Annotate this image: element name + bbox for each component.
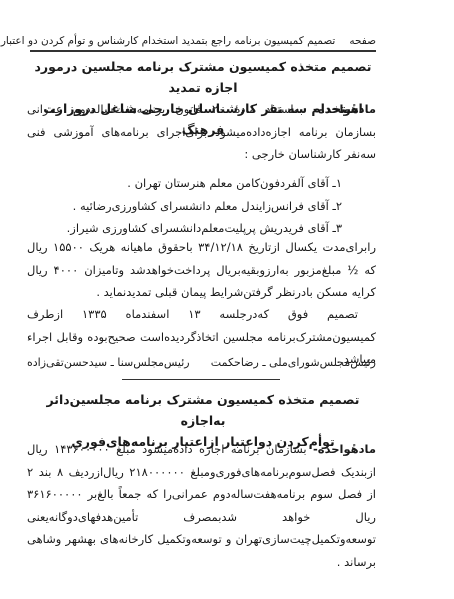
section2-heading-line1: تصمیم متخذه کمیسیون مشترک برنامه مجلسین‌… — [30, 389, 376, 431]
section2-article: مادهٔواحده- بسازمان برنامه اجازه داده‌می… — [27, 438, 376, 573]
article-text: بسازمان برنامه اجازه داده‌میشود مبلغ ۱۴۳… — [27, 442, 376, 569]
running-title: تصمیم کمیسیون برنامه راجع بتمدید استخدام… — [1, 34, 336, 48]
list-item: ۲ـ آقای فرانس‌زایندل معلم دانشسرای کشاور… — [60, 195, 360, 218]
section1-article: مادهٔواحده- به‌استناد مادهٔ ۲۰ قانون برن… — [27, 98, 376, 166]
section1-continuation: رابرای‌مدت یکسال ازتاریخ ۳۴/۱۲/۱۸ باحقوق… — [27, 236, 376, 304]
section1-heading-line1: تصمیم متخذه کمیسیون مشترک برنامه مجلسین … — [30, 56, 376, 98]
signature-majlis: رئیس‌مجلس‌شورای‌ملی ـ رضاحکمت — [211, 355, 376, 371]
header-rule — [30, 50, 376, 52]
document-page: صفحه تصمیم کمیسیون برنامه راجع بتمدید اس… — [0, 0, 454, 599]
signatures: رئیس‌مجلس‌شورای‌ملی ـ رضاحکمت رئیس‌مجلس‌… — [27, 355, 376, 371]
signature-senate: رئیس‌مجلس‌سنا ـ سیدحسن‌تقی‌زاده — [27, 355, 190, 371]
list-item: ۱ـ آقای آلفردفون‌کامن معلم هنرستان تهران… — [60, 172, 360, 195]
page-label: صفحه — [349, 34, 376, 48]
section-separator — [122, 379, 280, 380]
running-header: صفحه تصمیم کمیسیون برنامه راجع بتمدید اس… — [30, 30, 376, 48]
page-number: ۲۴۰۶ — [0, 34, 1, 48]
experts-list: ۱ـ آقای آلفردفون‌کامن معلم هنرستان تهران… — [60, 172, 360, 240]
article-lead: مادهٔواحده- — [313, 442, 376, 456]
article-lead: مادهٔواحده- — [313, 102, 376, 116]
